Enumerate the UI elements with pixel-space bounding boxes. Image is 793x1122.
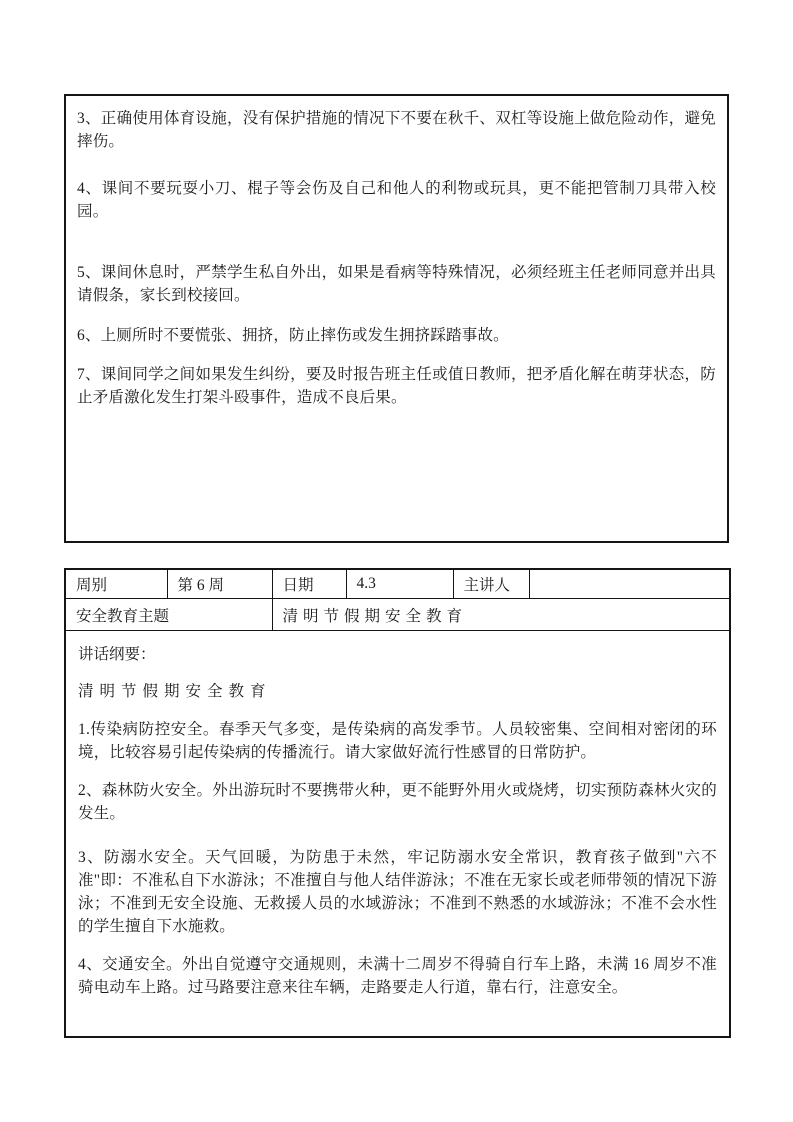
- rule-item-7: 7、课间同学之间如果发生纠纷，要及时报告班主任或值日教师，把矛盾化解在萌芽状态，…: [77, 363, 716, 409]
- outline-paragraph-2: 2、森林防火安全。外出游玩时不要携带火种，更不能野外用火或烧烤，切实预防森林火灾…: [78, 779, 717, 825]
- outline-row: 讲话纲要： 清明节假期安全教育 1.传染病防控安全。春季天气多变，是传染病的高发…: [65, 631, 730, 1038]
- topic-value-cell: 清明节假期安全教育: [272, 599, 730, 631]
- rules-section: 3、正确使用体育设施，没有保护措施的情况下不要在秋千、双杠等设施上做危险动作，避…: [64, 94, 729, 543]
- rule-item-6: 6、上厕所时不要慌张、拥挤，防止摔伤或发生拥挤踩踏事故。: [77, 324, 716, 347]
- date-label-cell: 日期: [272, 569, 346, 599]
- outline-cell: 讲话纲要： 清明节假期安全教育 1.传染病防控安全。春季天气多变，是传染病的高发…: [65, 631, 730, 1038]
- outline-title: 清明节假期安全教育: [78, 680, 717, 703]
- meta-row: 周别 第 6 周 日期 4.3 主讲人: [65, 569, 730, 599]
- document-page: 3、正确使用体育设施，没有保护措施的情况下不要在秋千、双杠等设施上做危险动作，避…: [0, 0, 793, 1122]
- topic-row: 安全教育主题 清明节假期安全教育: [65, 599, 730, 631]
- outline-paragraph-3: 3、防溺水安全。天气回暖，为防患于未然，牢记防溺水安全常识，教育孩子做到"六不准…: [78, 846, 717, 938]
- speaker-value-cell: [529, 569, 730, 599]
- safety-education-record-table: 周别 第 6 周 日期 4.3 主讲人 安全教育主题 清明节假期安全教育 讲话纲…: [64, 568, 731, 1038]
- week-label-cell: 周别: [65, 569, 167, 599]
- speaker-label-cell: 主讲人: [453, 569, 529, 599]
- outline-heading: 讲话纲要：: [78, 643, 717, 666]
- rule-item-4: 4、课间不要玩耍小刀、棍子等会伤及自己和他人的利物或玩具，更不能把管制刀具带入校…: [77, 177, 716, 223]
- date-value-cell: 4.3: [346, 569, 453, 599]
- outline-paragraph-4: 4、交通安全。外出自觉遵守交通规则，未满十二周岁不得骑自行车上路，未满 16 周…: [78, 953, 717, 999]
- rule-item-5: 5、课间休息时，严禁学生私自外出，如果是看病等特殊情况，必须经班主任老师同意并出…: [77, 261, 716, 307]
- week-value-cell: 第 6 周: [167, 569, 272, 599]
- rule-item-3: 3、正确使用体育设施，没有保护措施的情况下不要在秋千、双杠等设施上做危险动作，避…: [77, 107, 716, 153]
- outline-paragraph-1: 1.传染病防控安全。春季天气多变，是传染病的高发季节。人员较密集、空间相对密闭的…: [78, 718, 717, 764]
- topic-label-cell: 安全教育主题: [65, 599, 272, 631]
